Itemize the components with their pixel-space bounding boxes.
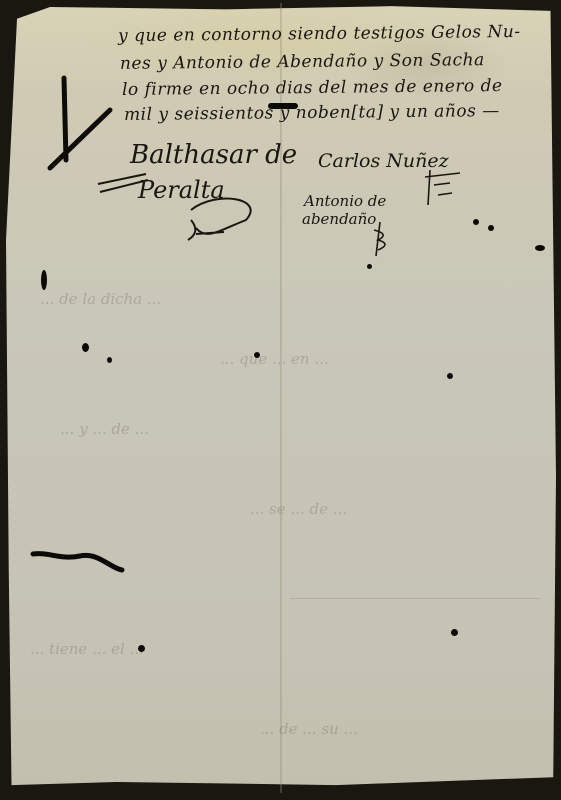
ink-blot [447,373,453,379]
fold-crease-horizontal [290,598,540,599]
ink-blot [451,629,458,636]
body-line-3: lo firme en ocho dias del mes de enero d… [122,76,503,100]
body-line-1: y que en contorno siendo testigos Gelos … [118,22,521,46]
rubric-flourish-icon [370,220,400,260]
signature-antonio-de: Antonio de [304,192,386,210]
signature-balthasar: Balthasar de [130,140,297,170]
ink-blot [107,357,112,363]
body-line-4: mil y seissientos y noben[ta] y un años … [124,101,500,125]
ink-smear [268,103,298,109]
ink-blot [138,645,145,652]
ink-blot [488,225,494,231]
rubric-flourish-icon [420,165,480,210]
ink-blot [41,270,47,290]
signature-abendano: abendaño [302,210,376,228]
ink-blot [82,343,89,352]
ink-blot [535,245,545,251]
ink-blot [254,352,260,358]
margin-slash-mark [40,70,120,180]
ink-blot [473,219,479,225]
rubric-flourish-icon [96,170,296,250]
body-line-2: nes y Antonio de Abendaño y Son Sacha [120,50,485,74]
ink-squiggle [30,548,130,578]
ink-blot [367,264,372,269]
